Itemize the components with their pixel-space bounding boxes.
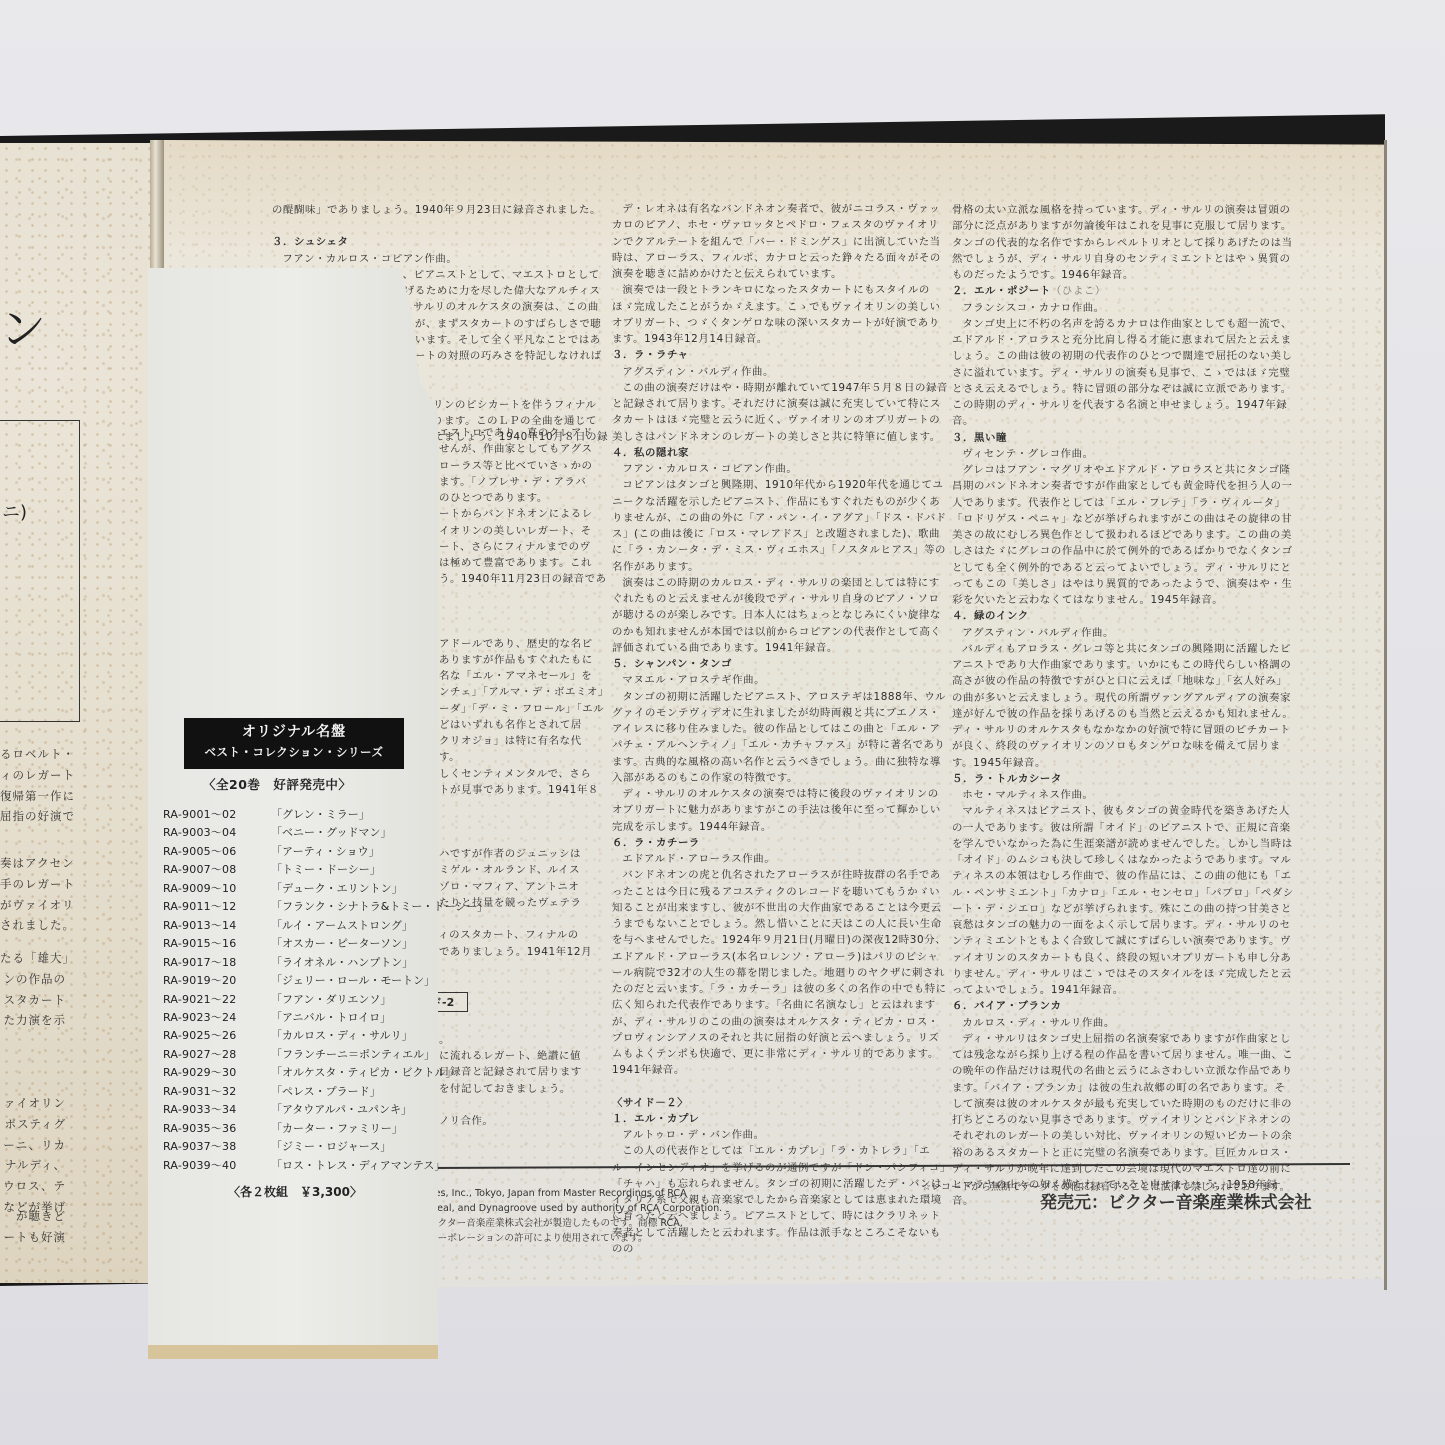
jacket-edge (1384, 140, 1387, 1290)
series-list-item: RA-9019～20「ジェリー・ロール・モートン」 (163, 972, 488, 990)
artist-title: 「ペレス・プラード」 (271, 1085, 381, 1098)
series-list-item: RA-9027～28「フランチーニ＝ポンティエル」 (163, 1046, 488, 1064)
series-list-item: RA-9005～06「アーティ・ショウ」 (163, 843, 488, 861)
track-title: ６．バイア・ブランカ (952, 998, 1294, 1014)
catalog-number: RA-9011～12 (163, 898, 271, 916)
artist-title: 「ライオネル・ハンプトン」 (271, 956, 413, 969)
series-list-item: RA-9025～26「カルロス・ディ・サルリ」 (163, 1027, 488, 1045)
track-notes: タンゴ史上に不朽の名声を誇るカナロは作曲家としても超一流で、エドアルド・アロラス… (952, 316, 1294, 430)
track-composer: アグスティン・バルディ作曲。 (612, 364, 948, 380)
column-b-paragraph: デ・レオネは有名なバンドネオン奏者で、彼がニコラス・ヴァッカロのピアノ、ホセ・ヴ… (612, 201, 948, 282)
series-list-item: RA-9021～22「フアン・ダリエンソ」 (163, 991, 488, 1009)
left-text-block-4: ァイオリン ポスティグ ーニ、リカ ナルディ、 ウロス、テ などが挙げ (0, 1093, 66, 1218)
artist-title: 「グレン・ミラー」 (271, 808, 370, 821)
left-text-block-1: るロベルト・ ィのレガート 復帰第一作に 屈指の好演で (0, 744, 66, 827)
track-title: ３．黒い瞳 (952, 430, 1294, 446)
artist-title: 「アタウアルパ・ユパンキ」 (271, 1103, 412, 1116)
track-composer: マヌエル・アロステギ作曲。 (612, 672, 948, 688)
artist-title: 「カーター・ファミリー」 (271, 1122, 403, 1135)
track-title: ５．シャンパン・タンゴ (612, 656, 948, 672)
series-list-item: RA-9023～24「アニバル・トロイロ」 (163, 1009, 488, 1027)
artist-title: 「ルイ・アームストロング」 (271, 919, 413, 932)
catalog-number: RA-9039～40 (163, 1157, 271, 1175)
catalog-number: RA-9025～26 (163, 1027, 271, 1045)
obi-price: 〈各２枚組 ￥3,300〉 (228, 1183, 362, 1200)
catalog-number: RA-9013～14 (163, 917, 271, 935)
catalog-number: RA-9031～32 (163, 1083, 271, 1101)
track-notes: バルディもアロラス・グレコ等と共にタンゴの興隆期に活躍したピアニストであり大作曲… (952, 641, 1294, 771)
left-box-text: ニ) (2, 498, 27, 524)
series-list-item: RA-9017～18「ライオネル・ハンプトン」 (163, 954, 488, 972)
liner-notes-column-c: 骨格の太い立派な風格を持っています。ディ・サルリの演奏は冒頭の部分に泛点がありま… (952, 202, 1294, 1210)
series-list-item: RA-9015～16「オスカー・ピーターソン」 (163, 935, 488, 953)
track-title: １．エル・カプレ (612, 1111, 948, 1127)
track-notes: グレコはフアン・マグリオやエドアルド・アロラスと共にタンゴ隆昌期のバンドネオン奏… (952, 462, 1294, 608)
track-composer: カルロス・ディ・サルリ作曲。 (952, 1015, 1294, 1031)
track-composer: アルトゥロ・デ・バン作曲。 (612, 1127, 948, 1143)
catalog-number: RA-9023～24 (163, 1009, 271, 1027)
track-title: ４．私の隠れ家 (612, 445, 948, 461)
obi-banner-line2: ベスト・コレクション・シリーズ (184, 743, 404, 762)
artist-title: 「フアン・ダリエンソ」 (271, 993, 391, 1006)
track-composer: フランシスコ・カナロ作曲。 (952, 300, 1294, 316)
track-notes: マルティネスはピアニスト、彼もタンゴの黄金時代を築きあげた人の一人であります。彼… (952, 803, 1294, 998)
series-list-item: RA-9003～04「ベニー・グッドマン」 (163, 824, 488, 842)
catalog-number: RA-9021～22 (163, 991, 271, 1009)
artist-title: 「ロス・トレス・ディアマンテス」 (271, 1159, 445, 1172)
credits-text: ries, Inc., Tokyo, Japan from Master Rec… (428, 1186, 722, 1246)
artist-title: 「ジェリー・ロール・モートン」 (271, 974, 435, 987)
catalog-number: RA-9007～08 (163, 861, 271, 879)
artist-title: 「フランク・シナトラ&トミー・ドーシー」 (271, 900, 488, 913)
left-text-block-2: 奏はアクセン 手のレガート がヴァイオリ されました。 (0, 853, 66, 936)
catalog-number: RA-9005～06 (163, 843, 271, 861)
catalog-number: RA-9037～38 (163, 1138, 271, 1156)
series-list-item: RA-9029～30「オルケスタ・ティピカ・ビクトル」 (163, 1064, 488, 1082)
column-a-lower-block-2: レアドールであり、歴史的な名ピ でありますが作品もすぐれたもに 有名な「エル・ア… (428, 636, 610, 799)
track-composer: フアン・カルロス・コピアン作曲。 (612, 461, 948, 477)
track-notes: タンゴの初期に活躍したピアニスト、アロステギは1888年、ウルグァイのモンテヴィ… (612, 689, 948, 787)
track-title: ２．エル・ポジート (952, 285, 1051, 297)
obi-tape (148, 1345, 438, 1359)
series-list-item: RA-9001～02「グレン・ミラー」 (163, 806, 488, 824)
track-title: ３．ラ・ラチャ (612, 347, 948, 363)
track-title: ４．緑のインク (952, 608, 1294, 624)
catalog-number: RA-9027～28 (163, 1046, 271, 1064)
track-composer: フアン・カルロス・コピアン作曲。 (272, 251, 606, 267)
series-list-item: RA-9009～10「デューク・エリントン」 (163, 880, 488, 898)
series-list-item: RA-9013～14「ルイ・アームストロング」 (163, 917, 488, 935)
artist-title: 「オルケスタ・ティピカ・ビクトル」 (271, 1066, 456, 1079)
artist-title: 「ベニー・グッドマン」 (271, 826, 391, 839)
artist-title: 「ジミー・ロジャース」 (271, 1140, 391, 1153)
left-text-block-5: が聴きど ートも好演 (0, 1206, 66, 1248)
left-gatefold-panel: ン ニ) るロベルト・ ィのレガート 復帰第一作に 屈指の好演で 奏はアクセン … (0, 143, 150, 1283)
series-list-item: RA-9031～32「ペレス・プラード」 (163, 1083, 488, 1101)
artist-title: 「デューク・エリントン」 (271, 882, 403, 895)
track-notes: ディ・サルリのオルケスタの演奏では特に後段のヴァイオリンのオブリガートに魅力があ… (612, 786, 948, 835)
column-b-paragraph: 演奏では一段とトランキロになったスタカートにもスタイルのほゞ完成したことがうかゞ… (612, 282, 948, 347)
column-c-paragraph: 骨格の太い立派な風格を持っています。ディ・サルリの演奏は冒頭の部分に泛点がありま… (952, 202, 1294, 283)
artist-title: 「アニバル・トロイロ」 (271, 1011, 391, 1024)
artist-title: 「オスカー・ピーターソン」 (271, 937, 413, 950)
catalog-number: RA-9029～30 (163, 1064, 271, 1082)
artist-title: 「アーティ・ショウ」 (271, 845, 380, 858)
obi-series-list: RA-9001～02「グレン・ミラー」RA-9003～04「ベニー・グッドマン」… (163, 806, 488, 1175)
catalog-number: RA-9001～02 (163, 806, 271, 824)
track-composer: アグスティン・バルディ作曲。 (952, 625, 1294, 641)
series-list-item: RA-9035～36「カーター・ファミリー」 (163, 1120, 488, 1138)
track-composer: ヴィセンテ・グレコ作曲。 (952, 446, 1294, 462)
track-composer: ホセ・マルティネス作曲。 (952, 787, 1294, 803)
artist-title: 「トミー・ドーシー」 (271, 863, 381, 876)
track-notes: コピアンはタンゴと興隆期、1910年代から1920年代を通じてユニークな活躍を示… (612, 477, 948, 575)
left-title-glyph: ン (0, 293, 46, 359)
catalog-number: RA-9035～36 (163, 1120, 271, 1138)
series-list-item: RA-9037～38「ジミー・ロジャース」 (163, 1138, 488, 1156)
obi-banner-line1: オリジナル名盤 (184, 722, 404, 743)
catalog-number: RA-9015～16 (163, 935, 271, 953)
artist-title: 「カルロス・ディ・サルリ」 (271, 1029, 413, 1042)
publisher-name: 発売元：ビクター音楽産業株式会社 (1040, 1188, 1312, 1213)
track-notes: バンドネオンの虎と仇名されたアローラスが往時抜群の名手であったことは今日に残るア… (612, 867, 948, 1078)
column-a-intro: の醍醐味」でありましょう。1940年９月23日に録音されました。 (272, 202, 606, 218)
series-list-item: RA-9007～08「トミー・ドーシー」 (163, 861, 488, 879)
track-title-note: （ひよこ） (1051, 285, 1106, 297)
track-notes: 演奏はこの時期のカルロス・ディ・サルリの楽団としては特にすぐれたものと云えません… (612, 575, 948, 656)
left-bordered-box (0, 420, 80, 722)
catalog-number: RA-9009～10 (163, 880, 271, 898)
catalog-number: RA-9017～18 (163, 954, 271, 972)
series-list-item: RA-9011～12「フランク・シナトラ&トミー・ドーシー」 (163, 898, 488, 916)
liner-notes-column-b: デ・レオネは有名なバンドネオン奏者で、彼がニコラス・ヴァッカロのピアノ、ホセ・ヴ… (612, 201, 948, 1257)
obi-subtitle: 〈全20巻 好評発売中〉 (203, 775, 351, 793)
track-title: ３．シュシェタ (272, 234, 606, 250)
left-text-block-3: たる「雄大」 ンの作品の スタカート た力演を示 (0, 948, 66, 1031)
track-title: ５．ラ・トルカシータ (952, 771, 1294, 787)
catalog-number: RA-9003～04 (163, 824, 271, 842)
side-2-heading: 〈サイド－２〉 (612, 1095, 948, 1111)
column-a-lower-block-1: マエストロであり、真のクレアド ませんが、作曲家としてもアグス アローラス等と比… (428, 425, 610, 588)
obi-series-banner: オリジナル名盤 ベスト・コレクション・シリーズ (184, 718, 404, 769)
track-title: ６．ラ・カチーラ (612, 835, 948, 851)
series-list-item: RA-9039～40「ロス・トレス・ディアマンテス」 (163, 1157, 488, 1175)
catalog-number: RA-9033～34 (163, 1101, 271, 1119)
track-notes: この曲の演奏だけはや・時期が離れていて1947年５月８日の録音と記録されて居りま… (612, 380, 948, 445)
track-composer: エドアルド・アローラス作曲。 (612, 851, 948, 867)
artist-title: 「フランチーニ＝ポンティエル」 (271, 1048, 435, 1061)
series-list-item: RA-9033～34「アタウアルパ・ユパンキ」 (163, 1101, 488, 1119)
catalog-number: RA-9019～20 (163, 972, 271, 990)
